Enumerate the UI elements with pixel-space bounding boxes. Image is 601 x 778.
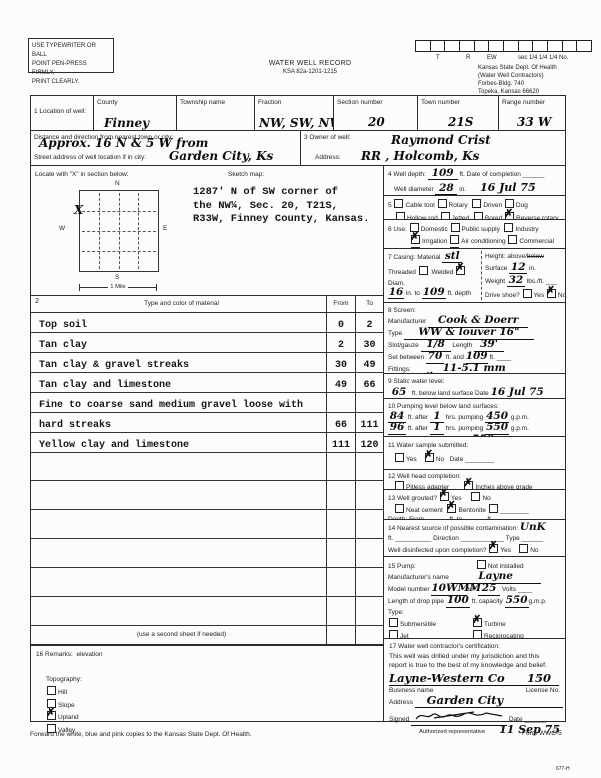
threaded-checkbox [419,266,428,275]
second-sheet-note: (use a second sheet if needed) [137,631,226,638]
instruction-line: USE TYPEWRITER OR BALL [32,42,110,60]
pumping-ft-2: 96 [390,421,405,433]
town-label: Town number [421,98,495,107]
pumping-gpm-1: 450 [486,410,508,422]
fraction-value: NW, SW, NW [259,119,343,127]
code-label-r: R [466,55,470,61]
screen-length-value: 39' [480,338,498,350]
range-label: Range number [502,98,562,107]
form-title: WATER WELL RECORD [269,60,352,67]
casing-depth-value: 109 [423,286,445,298]
turbine-checkbox [473,618,482,627]
remarks-value: elevation [76,651,102,658]
casing-diameter-value: 16 [389,286,404,298]
table-row [31,510,383,539]
materials-header: Type and color of material [144,300,219,307]
town-cell: Town number 21S [417,95,499,131]
bentonite-checkbox [447,504,456,513]
grouted-no-checkbox [471,492,480,501]
irrigation-checkbox [411,235,420,244]
sample-no-checkbox [425,453,434,462]
code-label-ew: EW [487,55,497,61]
locate-section: Locate with "X" in section below: N X W … [30,165,384,296]
location-label-cell: 1 Location of well: [30,95,94,131]
set-between-to-value: 109 [466,350,488,362]
static-level-section: 9 Static water level: 65 ft. below land … [383,373,566,399]
welded-checkbox [456,266,465,275]
driven-checkbox [472,199,481,208]
sketch-line: R33W, Finney County, Kansas. [193,213,369,227]
compass-w: W [59,224,65,233]
well-x-mark: X [74,206,83,214]
city-value: Garden City, Ks [169,152,273,160]
county-cell: County Finney [93,95,177,131]
distance-value: Approx. 16 N & 5 W from [39,139,208,147]
form-statute: KSA 82a-1201-1215 [269,69,352,75]
street-address-label: Street address of well location if in ci… [34,153,146,162]
code-label-sec: sec 1/4 1/4 1/4 No. [518,55,568,61]
drop-pipe-value: 100 [447,594,469,606]
certification-text: This well was drilled under my jurisdict… [389,652,560,662]
owner-address-label: Address: [315,153,341,162]
drive-shoe-yes-checkbox [523,289,532,298]
pumping-hrs-2: 1 [433,421,440,433]
owner-cell: 3 Owner of well: Raymond Crist Address: … [300,130,566,166]
print-code: 677-H [556,766,570,772]
agency-address: Kansas State Dept. Of Health (Water Well… [478,64,557,96]
table-note-row: (use a second sheet if needed) [31,626,383,644]
forward-note: Forward the white, blue and pink copies … [30,731,252,738]
license-value: 150 [527,674,551,682]
code-cell [460,40,475,52]
signature-scribble [414,710,504,721]
air-conditioning-checkbox [450,235,459,244]
head-completion-section: 12 Well head completion: Pitless adapter… [383,469,566,490]
casing-section: 7 Casing: Material stl Threaded Welded D… [383,248,566,303]
pumping-hrs-1: 1 [433,410,440,422]
cable-tool-checkbox [394,199,403,208]
fraction-label: Fraction [258,98,330,107]
capacity-value: 550 [506,594,528,606]
code-cell [577,40,592,52]
instruction-line: POINT PEN-PRESS FIRMLY, [32,60,110,78]
authorized-representative-label: Authorized representative [419,729,485,735]
disinfected-yes-checkbox [489,544,498,553]
well-depth-value: 109 [432,167,454,179]
instruction-box: USE TYPEWRITER OR BALL POINT PEN-PRESS F… [28,38,114,73]
sketch-line: the NW¼, Sec. 20, T21S, [193,200,369,214]
materials-table: 2 Type and color of material From To Top… [30,295,384,645]
upland-checkbox [47,711,56,720]
section-cell: Section number 20 [333,95,418,131]
sketch-map-label: Sketch map: [228,170,264,179]
slot-gauze-value: 1/8 [426,338,444,350]
distance-cell: Distance and direction from nearest town… [30,130,301,166]
code-cell [415,40,431,52]
compass-e: E [163,224,167,233]
screen-manufacturer-value: Cook & Doerr [438,314,518,326]
sample-section: 11 Water sample submitted: Yes No Date _… [383,436,566,470]
table-row: hard streaks66111 [31,413,383,433]
table-row [31,539,383,568]
county-value: Finney [104,119,149,127]
pumping-section: 10 Pumping level below land surfaces: 84… [383,398,566,437]
materials-header-row: 2 Type and color of material From To [31,296,383,313]
agency-line: Kansas State Dept. Of Health [478,64,557,72]
static-level-date: 16 Jul 75 [491,386,544,398]
section-label: Section number [337,98,414,107]
certification-section: 17 Water well contractor's certification… [383,638,566,722]
rotary-checkbox [438,199,447,208]
use-section: 6 Use: Domestic Public supply Industry I… [383,219,566,249]
locate-label: Locate with "X" in section below: [35,170,129,179]
table-row: Tan clay230 [31,333,383,353]
table-row: Yellow clay and limestone111120 [31,433,383,453]
owner-address: RR , Holcomb, Ks [361,152,479,160]
commercial-checkbox [508,235,517,244]
address-value: Garden City [427,693,504,707]
well-depth-section: 4 Well depth: 109 ft. Date of completion… [383,165,566,196]
code-label-t: T [436,55,440,61]
pumping-ft-1: 84 [390,410,405,422]
code-cell [533,40,548,52]
screen-type-value: WW & louver 16" [418,326,519,338]
table-row: Tan clay & gravel streaks3049 [31,353,383,373]
public-supply-checkbox [451,223,460,232]
pump-hp-value: 25 [482,582,497,594]
code-cell [445,40,460,52]
range-value: 33 W [517,118,551,126]
code-cell [504,40,519,52]
mile-scale: 1 Mile [79,283,157,291]
industry-checkbox [504,223,513,232]
location-label: 1 Location of well: [34,107,90,116]
section-map [79,190,159,272]
fraction-cell: Fraction NW, SW, NW [254,95,334,131]
height-below-struck: below [527,253,544,260]
sample-yes-checkbox [395,453,404,462]
township-label: Township name [180,98,251,107]
compass-n: N [115,179,120,188]
sketch-line: 1287' N of SW corner of [193,186,369,200]
pumping-gpm-2: 550 [486,421,508,433]
not-installed-checkbox [477,560,486,569]
instruction-line: PRINT CLEARLY. [32,78,110,87]
remarks-label: 16 Remarks: [36,651,73,658]
drive-shoe-no-checkbox [547,289,556,298]
code-cell [431,40,446,52]
table-row [31,453,383,482]
code-cell [548,40,563,52]
county-label: County [97,98,173,107]
table-row [31,481,383,510]
casing-weight-value: 32 [509,274,524,286]
from-header: From [333,300,348,307]
pump-mfr-value: Layne [478,570,513,582]
range-cell: Range number 33 W [498,95,566,131]
agency-line: (Water Well Contractors) [478,72,557,80]
to-header: To [366,300,373,307]
code-cell [519,40,534,52]
mile-label: 1 Mile [108,283,127,292]
owner-name: Raymond Crist [391,136,491,144]
grouted-section: 13 Well grouted? Yes No Neat cement Bent… [383,489,566,520]
completion-date-value: 16 Jul 75 [480,181,536,194]
business-name-value: Layne-Western Co [389,671,505,685]
hill-checkbox [47,686,56,695]
form-number: Form WWC-5 [522,730,562,737]
sketch-map-text: 1287' N of SW corner of the NW¼, Sec. 20… [193,186,369,227]
static-level-value: 65 [392,386,407,398]
compass-s: S [115,273,119,282]
drill-method-section: 5 Cable tool Rotary Driven Dug Hollow ro… [383,195,566,220]
topography-label: Topography: [46,676,82,683]
remarks-section: 16 Remarks: elevation Topography: Hill S… [30,645,384,722]
grout-other-checkbox [489,504,498,513]
table-row [31,568,383,597]
town-value: 21S [448,118,473,126]
set-between-from-value: 70 [428,350,443,362]
code-box-strip [415,40,592,52]
casing-surface-value: 12 [511,261,526,273]
table-row: Tan clay and limestone4966 [31,373,383,393]
pump-section: 15 Pump:Not installed Manufacturer's nam… [383,556,566,639]
table-row: Top soil02 [31,313,383,333]
section-value: 20 [368,118,385,126]
form-title-block: WATER WELL RECORD KSA 82a-1201-1215 [269,60,352,75]
screen-section: 8 Screen: Manufacturer Cook & Doerr Type… [383,302,566,374]
well-diameter-value: 28 [439,182,454,194]
code-cell [563,40,578,52]
township-cell: Township name [176,95,255,131]
contamination-value: UnK [520,521,546,533]
agency-line: Forbes-Bldg. 740 [478,80,557,88]
table-row: Fine to coarse sand medium gravel loose … [31,393,383,413]
contamination-section: 14 Nearest source of possible contaminat… [383,519,566,557]
submersible-checkbox [389,618,398,627]
code-cell [475,40,490,52]
materials-section-number: 2 [35,298,39,305]
disinfected-no-checkbox [519,544,528,553]
water-well-record-form: USE TYPEWRITER OR BALL POINT PEN-PRESS F… [0,0,601,778]
neat-cement-checkbox [395,504,404,513]
table-row [31,597,383,626]
code-cell [489,40,504,52]
